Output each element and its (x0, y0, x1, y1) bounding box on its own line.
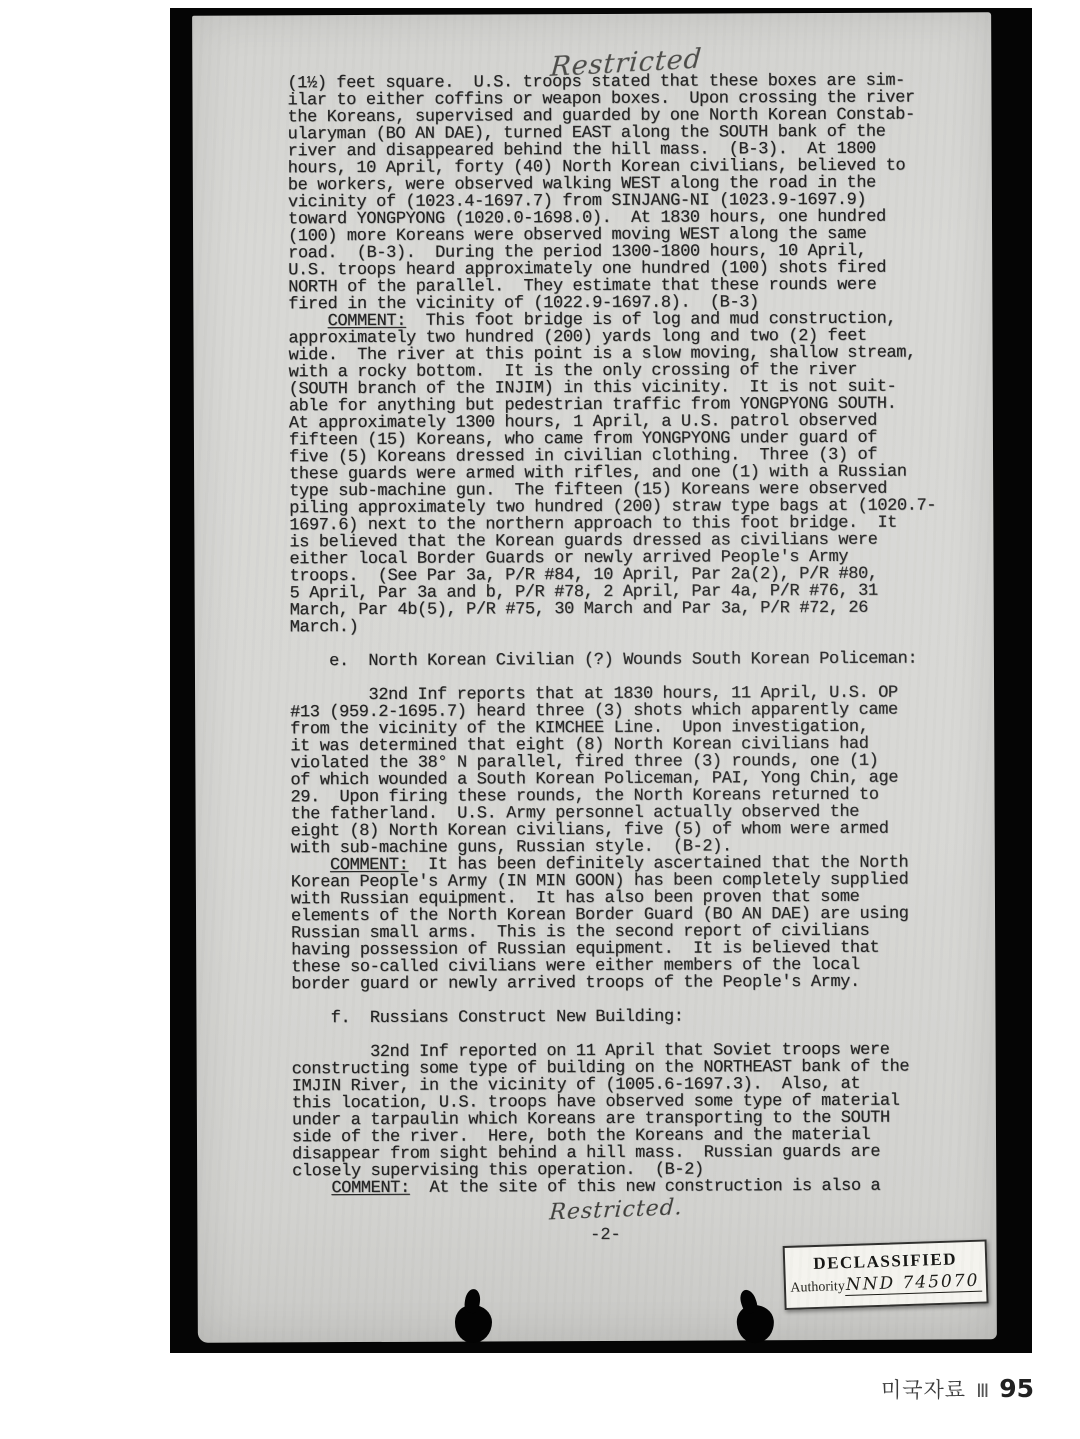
authority-label: Authority (790, 1279, 845, 1296)
section-heading-e: e. North Korean Civilian (?) Wounds Sout… (290, 650, 955, 670)
paragraph-continuation: (1½) feet square. U.S. troops stated tha… (287, 72, 953, 313)
declassified-stamp-authority: AuthorityNND 745070 (786, 1271, 987, 1297)
typed-body: (1½) feet square. U.S. troops stated tha… (287, 72, 957, 1197)
scanned-photo-backdrop: Restricted (1½) feet square. U.S. troops… (170, 8, 1032, 1353)
caption-korean-text: 미국자료 (881, 1374, 966, 1404)
comment-foot-bridge: COMMENT: This foot bridge is of log and … (288, 310, 954, 636)
handwritten-restricted-bottom: Restricted. (549, 1195, 684, 1225)
declassified-stamp: DECLASSIFIED AuthorityNND 745070 (783, 1239, 989, 1310)
caption-page-number: 95 (999, 1374, 1034, 1403)
book-caption: 미국자료 Ⅲ 95 (881, 1374, 1034, 1404)
paragraph-section-e: 32nd Inf reports that at 1830 hours, 11 … (290, 684, 956, 857)
section-heading-f: f. Russians Construct New Building: (291, 1007, 956, 1027)
paragraph-section-f: 32nd Inf reported on 11 April that Sovie… (292, 1041, 958, 1180)
page-number: -2- (575, 1226, 635, 1245)
comment-label: COMMENT: (331, 1179, 410, 1198)
authority-number-handwritten: NND 745070 (844, 1271, 981, 1296)
comment-russian-equipment: COMMENT: It has been definitely ascertai… (291, 854, 957, 993)
comment-new-construction: COMMENT: At the site of this new constru… (292, 1177, 957, 1197)
caption-volume-numeral: Ⅲ (976, 1380, 989, 1402)
document-page: Restricted (1½) feet square. U.S. troops… (192, 12, 997, 1342)
